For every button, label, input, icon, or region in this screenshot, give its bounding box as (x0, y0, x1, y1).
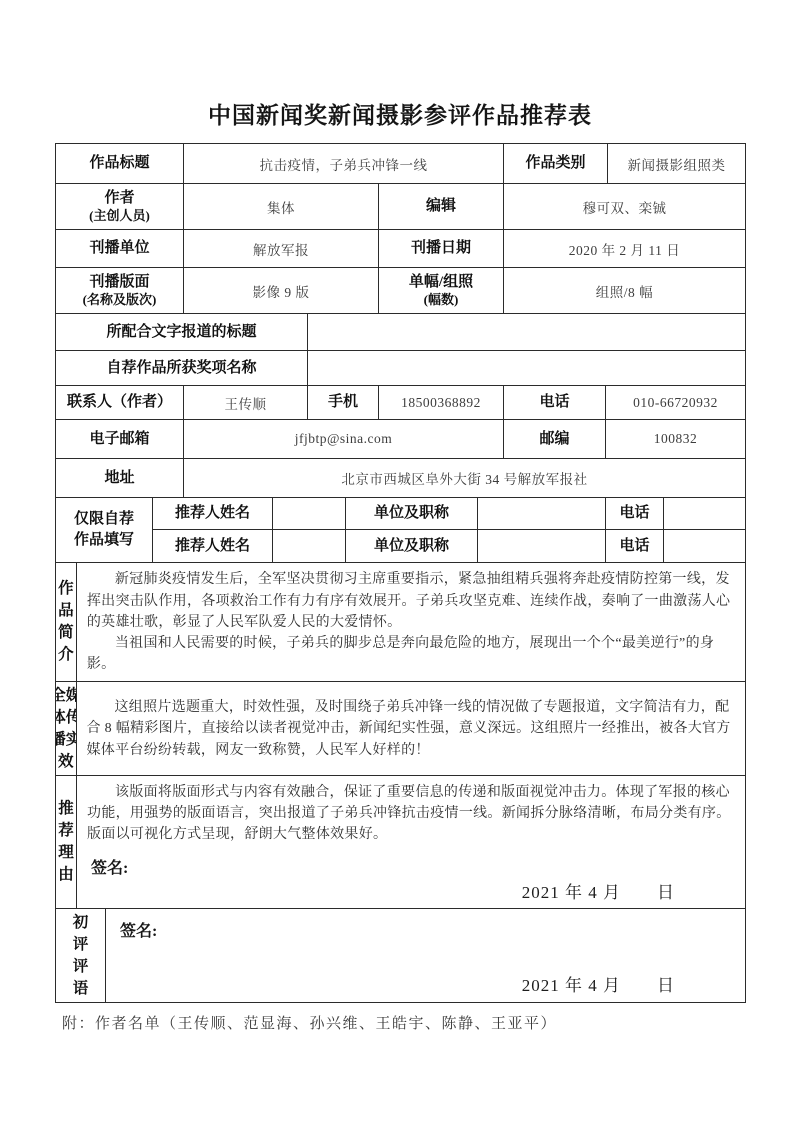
recommend-reason-content: 该版面将版面形式与内容有效融合，保证了重要信息的传递和版面视觉冲击力。体现了军报… (77, 776, 746, 909)
rec-phone-value (664, 530, 746, 563)
phone-value: 010-66720932 (606, 386, 746, 420)
single-group-value: 组照/8 幅 (504, 268, 746, 314)
single-group-label-main: 单幅/组照 (409, 273, 473, 292)
contact-value: 王传顺 (184, 386, 308, 420)
table-row: 自荐作品所获奖项名称 (56, 351, 746, 386)
recommend-reason-paragraph: 该版面将版面形式与内容有效融合，保证了重要信息的传递和版面视觉冲击力。体现了军报… (87, 782, 735, 846)
rec-phone-label: 电话 (606, 498, 664, 530)
section-review-comments: 初评评语 签名: 2021 年 4 月 日 (56, 909, 746, 1003)
self-recommend-label: 仅限自荐作品填写 (56, 498, 153, 563)
single-group-label-sub: (幅数) (424, 292, 459, 308)
work-intro-paragraph-1: 新冠肺炎疫情发生后，全军坚决贯彻习主席重要指示，紧急抽组精兵强将奔赴疫情防控第一… (87, 569, 735, 633)
work-title-label: 作品标题 (56, 144, 184, 184)
media-effect-paragraph: 这组照片选题重大，时效性强，及时围绕子弟兵冲锋一线的情况做了专题报道，文字简洁有… (87, 697, 736, 761)
self-award-value (308, 351, 746, 386)
section-media-effect: 全媒体传播实效 这组照片选题重大，时效性强，及时围绕子弟兵冲锋一线的情况做了专题… (56, 682, 746, 776)
email-value: jfjbtp@sina.com (184, 420, 504, 459)
section-recommend-reason: 推荐理由 该版面将版面形式与内容有效融合，保证了重要信息的传递和版面视觉冲击力。… (56, 776, 746, 909)
mobile-value: 18500368892 (379, 386, 504, 420)
unit-title-value (478, 498, 606, 530)
reason-signature-label: 签名: (87, 855, 735, 878)
email-label: 电子邮箱 (56, 420, 184, 459)
table-row: 地址 北京市西城区阜外大街 34 号解放军报社 (56, 459, 746, 498)
authors-list-note: 附：作者名单（王传顺、范显海、孙兴维、王皓宇、陈静、王亚平） (62, 1012, 742, 1033)
recommender-name-label: 推荐人姓名 (153, 530, 273, 563)
work-title-value: 抗击疫情，子弟兵冲锋一线 (184, 144, 504, 184)
rec-phone-label: 电话 (606, 530, 664, 563)
table-row: 刊播版面 (名称及版次) 影像 9 版 单幅/组照 (幅数) 组照/8 幅 (56, 268, 746, 314)
author-value: 集体 (184, 184, 379, 230)
author-label-main: 作者 (104, 189, 134, 208)
work-intro-label: 作品简介 (56, 563, 77, 682)
phone-label: 电话 (504, 386, 606, 420)
publish-date-value: 2020 年 2 月 11 日 (504, 230, 746, 268)
work-intro-paragraph-2: 当祖国和人民需要的时候，子弟兵的脚步总是奔向最危险的地方，展现出一个个“最美逆行… (87, 633, 735, 676)
text-report-title-label: 所配合文字报道的标题 (56, 314, 308, 351)
table-row: 所配合文字报道的标题 (56, 314, 746, 351)
editor-value: 穆可双、栾铖 (504, 184, 746, 230)
table-row: 刊播单位 解放军报 刊播日期 2020 年 2 月 11 日 (56, 230, 746, 268)
form-document-page: 中国新闻奖新闻摄影参评作品推荐表 作品标题 抗击疫情，子弟兵冲锋一线 作品类别 … (0, 0, 800, 1131)
recommendation-form-table: 作品标题 抗击疫情，子弟兵冲锋一线 作品类别 新闻摄影组照类 作者 (主创人员)… (55, 143, 746, 1003)
table-row: 作者 (主创人员) 集体 编辑 穆可双、栾铖 (56, 184, 746, 230)
address-value: 北京市西城区阜外大街 34 号解放军报社 (184, 459, 746, 498)
recommender-row-2: 推荐人姓名 单位及职称 电话 (153, 530, 746, 563)
publish-org-value: 解放军报 (184, 230, 379, 268)
address-label: 地址 (56, 459, 184, 498)
review-comments-label: 初评评语 (56, 909, 106, 1003)
work-category-label: 作品类别 (504, 144, 608, 184)
publish-date-label: 刊播日期 (379, 230, 504, 268)
recommender-name-label: 推荐人姓名 (153, 498, 273, 530)
author-label: 作者 (主创人员) (56, 184, 184, 230)
work-intro-content: 新冠肺炎疫情发生后，全军坚决贯彻习主席重要指示，紧急抽组精兵强将奔赴疫情防控第一… (77, 563, 746, 682)
review-signature-label: 签名: (116, 918, 735, 941)
reason-date-line: 2021 年 4 月 日 (87, 878, 735, 903)
mobile-label: 手机 (308, 386, 379, 420)
work-category-value: 新闻摄影组照类 (608, 144, 746, 184)
unit-title-value (478, 530, 606, 563)
unit-title-label: 单位及职称 (346, 498, 478, 530)
editor-label: 编辑 (379, 184, 504, 230)
page-title: 中国新闻奖新闻摄影参评作品推荐表 (0, 97, 800, 130)
review-comments-content: 签名: 2021 年 4 月 日 (106, 909, 746, 1003)
rec-phone-value (664, 498, 746, 530)
media-effect-label: 全媒体传播实效 (56, 682, 77, 776)
author-label-sub: (主创人员) (89, 208, 150, 224)
table-row: 作品标题 抗击疫情，子弟兵冲锋一线 作品类别 新闻摄影组照类 (56, 144, 746, 184)
review-date-line: 2021 年 4 月 日 (116, 971, 735, 996)
table-row: 电子邮箱 jfjbtp@sina.com 邮编 100832 (56, 420, 746, 459)
recommender-name-value (273, 498, 346, 530)
single-group-label: 单幅/组照 (幅数) (379, 268, 504, 314)
postcode-value: 100832 (606, 420, 746, 459)
publish-page-value: 影像 9 版 (184, 268, 379, 314)
unit-title-label: 单位及职称 (346, 530, 478, 563)
publish-page-label-sub: (名称及版次) (83, 292, 157, 308)
recommender-row-1: 推荐人姓名 单位及职称 电话 (153, 498, 746, 530)
contact-label: 联系人（作者） (56, 386, 184, 420)
publish-page-label-main: 刊播版面 (89, 273, 149, 292)
publish-org-label: 刊播单位 (56, 230, 184, 268)
table-row: 联系人（作者） 王传顺 手机 18500368892 电话 010-667209… (56, 386, 746, 420)
publish-page-label: 刊播版面 (名称及版次) (56, 268, 184, 314)
text-report-title-value (308, 314, 746, 351)
self-recommend-block: 仅限自荐作品填写 推荐人姓名 单位及职称 电话 推荐人姓名 单位及职称 电话 (56, 498, 746, 563)
media-effect-content: 这组照片选题重大，时效性强，及时围绕子弟兵冲锋一线的情况做了专题报道，文字简洁有… (77, 682, 747, 776)
recommend-reason-label: 推荐理由 (56, 776, 77, 909)
postcode-label: 邮编 (504, 420, 606, 459)
self-award-label: 自荐作品所获奖项名称 (56, 351, 308, 386)
recommender-name-value (273, 530, 346, 563)
section-work-intro: 作品简介 新冠肺炎疫情发生后，全军坚决贯彻习主席重要指示，紧急抽组精兵强将奔赴疫… (56, 563, 746, 682)
